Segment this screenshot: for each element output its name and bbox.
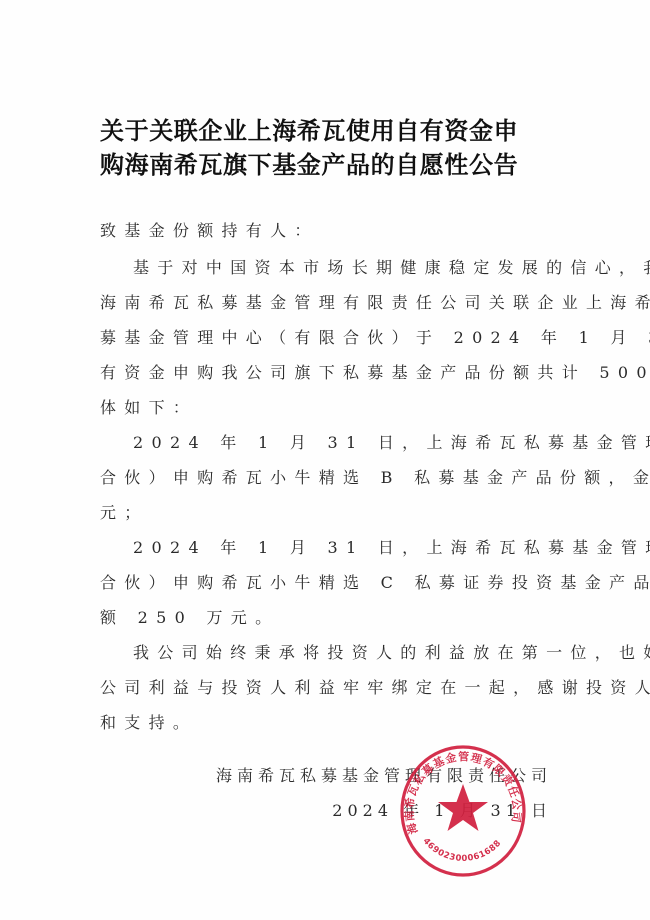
paragraph-line: 元；	[100, 495, 552, 530]
salutation-text: 致基金份额持有人：	[100, 213, 552, 248]
paragraph-line: 我公司始终秉承将投资人的利益放在第一位，也始终将	[100, 635, 552, 670]
paragraph-line: 有资金申购我公司旗下私募基金产品份额共计 500 万元，具	[100, 355, 552, 390]
signature-block: 海南希瓦私募基金管理有限责任公司 2024 年 1 月 31 日	[216, 758, 552, 828]
paragraph-purchase-c: 2024 年 1 月 31 日，上海希瓦私募基金管理中心（有限 合伙）申购希瓦小…	[100, 530, 552, 635]
announcement-body: 基于对中国资本市场长期健康稳定发展的信心，我公司 海南希瓦私募基金管理有限责任公…	[100, 250, 552, 740]
paragraph-line: 额 250 万元。	[100, 600, 552, 635]
paragraph-line: 海南希瓦私募基金管理有限责任公司关联企业上海希瓦私	[100, 285, 552, 320]
paragraph-line: 募基金管理中心（有限合伙）于 2024 年 1 月 31 日使用其自	[100, 320, 552, 355]
paragraph-purchase-b: 2024 年 1 月 31 日，上海希瓦私募基金管理中心（有限 合伙）申购希瓦小…	[100, 425, 552, 530]
salutation: 致基金份额持有人：	[100, 213, 552, 248]
paragraph-line: 2024 年 1 月 31 日，上海希瓦私募基金管理中心（有限	[100, 530, 552, 565]
title-line-1: 关于关联企业上海希瓦使用自有资金申	[100, 114, 550, 148]
paragraph-line: 合伙）申购希瓦小牛精选 C 私募证券投资基金产品份额，金	[100, 565, 552, 600]
signature-date: 2024 年 1 月 31 日	[216, 793, 552, 828]
title-line-2: 购海南希瓦旗下基金产品的自愿性公告	[100, 148, 550, 182]
paragraph-line: 2024 年 1 月 31 日，上海希瓦私募基金管理中心（有限	[100, 425, 552, 460]
paragraph-intro: 基于对中国资本市场长期健康稳定发展的信心，我公司 海南希瓦私募基金管理有限责任公…	[100, 250, 552, 425]
paragraph-line: 合伙）申购希瓦小牛精选 B 私募基金产品份额，金额 250 万	[100, 460, 552, 495]
paragraph-line: 基于对中国资本市场长期健康稳定发展的信心，我公司	[100, 250, 552, 285]
paragraph-line: 和支持。	[100, 705, 552, 740]
seal-serial: 46902300061688	[421, 836, 504, 864]
announcement-title: 关于关联企业上海希瓦使用自有资金申 购海南希瓦旗下基金产品的自愿性公告	[100, 114, 550, 182]
paragraph-line: 公司利益与投资人利益牢牢绑定在一起，感谢投资人的信任	[100, 670, 552, 705]
announcement-page: 关于关联企业上海希瓦使用自有资金申 购海南希瓦旗下基金产品的自愿性公告 致基金份…	[0, 0, 650, 920]
paragraph-line: 体如下：	[100, 390, 552, 425]
paragraph-closing: 我公司始终秉承将投资人的利益放在第一位，也始终将 公司利益与投资人利益牢牢绑定在…	[100, 635, 552, 740]
signature-company: 海南希瓦私募基金管理有限责任公司	[216, 758, 552, 793]
